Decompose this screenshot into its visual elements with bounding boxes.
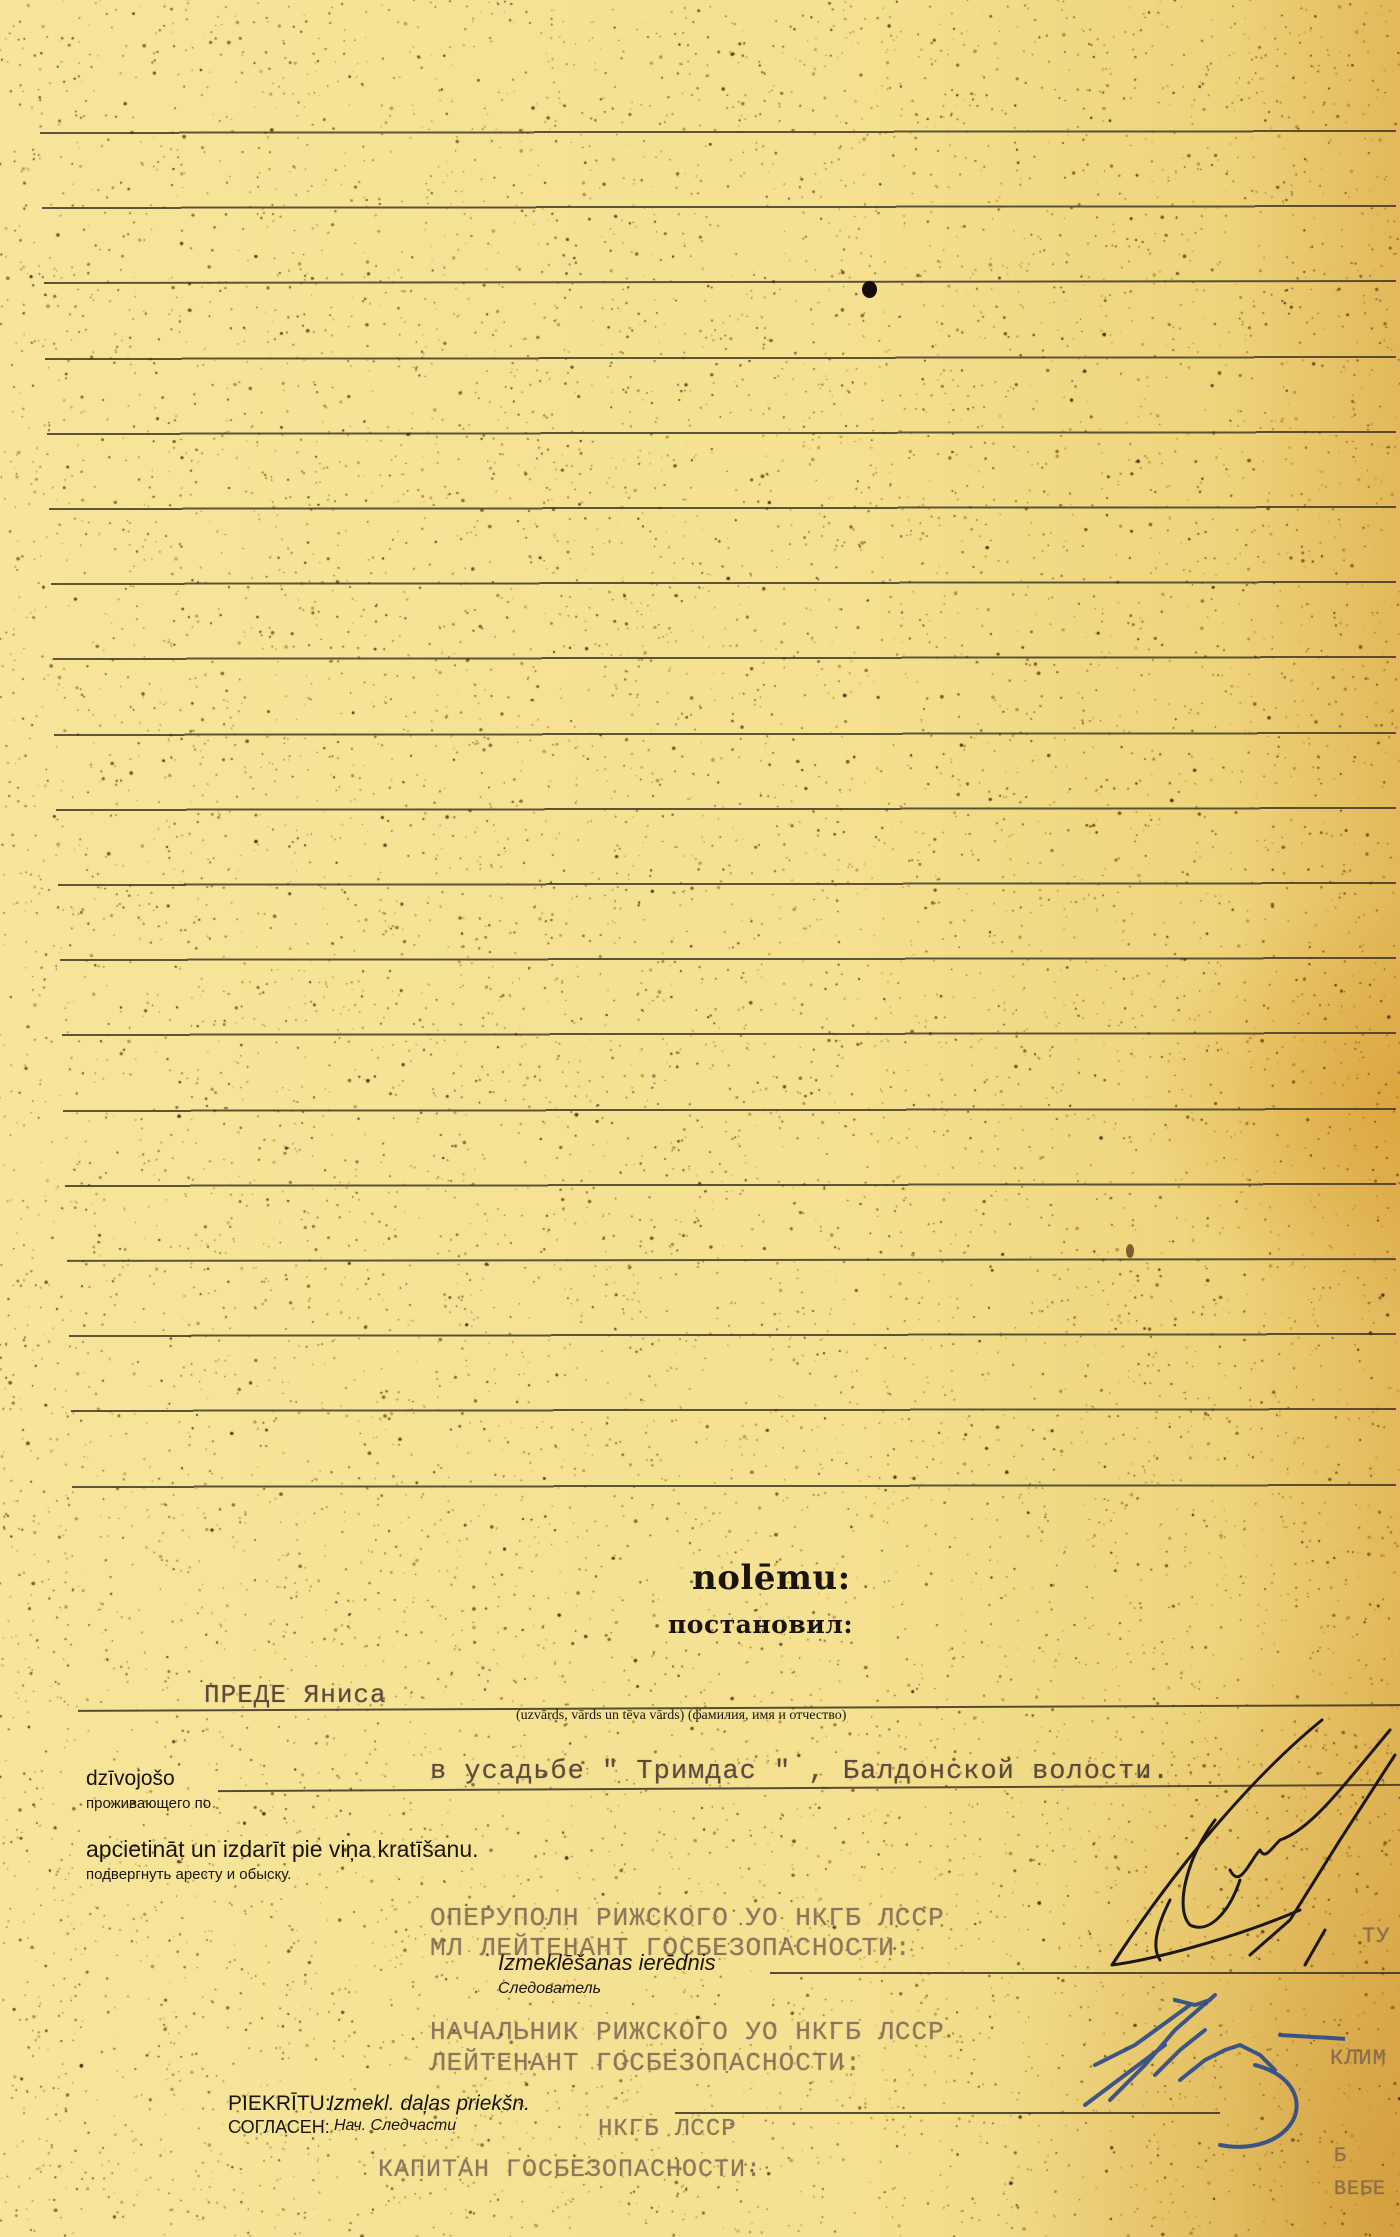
ink-spot <box>1126 1244 1134 1258</box>
name-caption: (uzvārds, vārds un tēva vārds) (фамилия,… <box>516 1708 846 1724</box>
order-text-lv: apcietināt un izdarīt pie viņa kratīšanu… <box>86 1836 479 1863</box>
investigator-title-line1: ОПЕРУПОЛН РИЖСКОГО УО НКГБ ЛССР <box>430 1903 945 1933</box>
investigator-signature <box>1090 1710 1400 1980</box>
investigator-label-lv: Izmeklēšanas ierēdnis <box>498 1950 716 1976</box>
approval-margin-fragment-2: ВЕБЕ <box>1334 2178 1386 2201</box>
residence-address: в усадьбе " Тримдас " , Балдонской волос… <box>430 1757 1170 1787</box>
ink-spot <box>862 281 877 298</box>
approval-label-lv: PIEKRĪTU: <box>228 2092 331 2116</box>
approval-title-line1: НКГБ ЛССР <box>598 2116 737 2143</box>
approval-role-lv: Izmekl. daļas priekšn. <box>328 2092 530 2116</box>
order-text-ru: подвергнуть аресту и обыску. <box>86 1866 291 1883</box>
decision-heading-ru: постановил: <box>668 1610 853 1639</box>
approval-title-line2: КАПИТАН ГОСБЕЗОПАСНОСТИ: <box>378 2155 762 2184</box>
decision-heading-lv: nolēmu: <box>692 1558 851 1598</box>
investigator-label-ru: Следователь <box>498 1980 601 1998</box>
chief-signature <box>1065 1975 1345 2175</box>
approval-label-ru: СОГЛАСЕН: <box>228 2117 330 2138</box>
residence-label-lv: dzīvojošo <box>86 1767 175 1791</box>
chief-title-line2: ЛЕЙТЕНАНТ ГОСБЕЗОПАСНОСТИ: <box>430 2048 862 2078</box>
approval-role-ru: Нач. Следчасти <box>334 2117 456 2135</box>
residence-label-ru: проживающего по <box>86 1795 211 1812</box>
subject-name: ПРЕДЕ Яниса <box>204 1680 387 1710</box>
chief-title-line1: НАЧАЛЬНИК РИЖСКОГО УО НКГБ ЛССР <box>430 2017 945 2047</box>
